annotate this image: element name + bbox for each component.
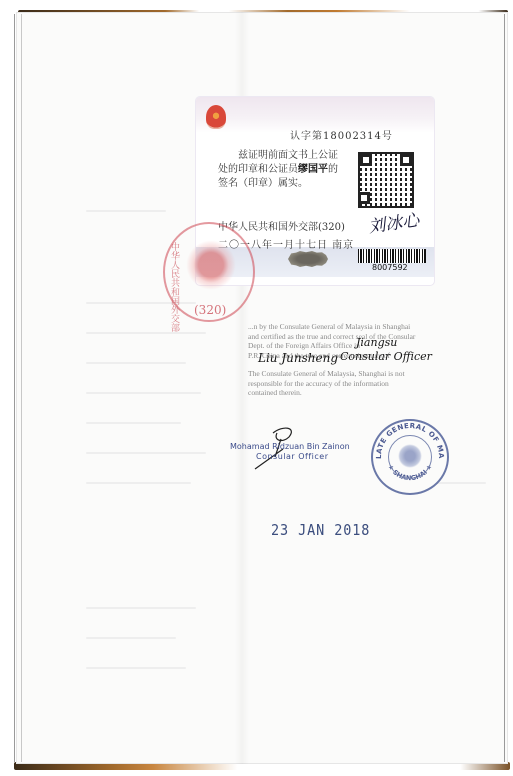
page-right-edge bbox=[504, 14, 505, 762]
national-emblem-icon bbox=[206, 105, 226, 129]
endorsement-line6: responsible for the accuracy of the info… bbox=[248, 379, 428, 389]
officer-title: Consular Officer bbox=[256, 452, 329, 461]
notary-name: 缪国平 bbox=[298, 164, 328, 175]
handwritten-signature: 刘冰心 bbox=[367, 206, 421, 238]
officer-name: Mohamad Ridzuan Bin Zainon bbox=[230, 442, 350, 451]
qr-code-finder bbox=[358, 192, 370, 204]
red-seal-text: 中华人民共和国外交部 bbox=[168, 242, 181, 332]
red-seal-number: (320) bbox=[194, 303, 226, 317]
malaysia-crest-icon bbox=[398, 444, 422, 468]
page-stack-edge bbox=[14, 14, 22, 762]
certificate-body-line2: 处的印章和公证员缪国平的 bbox=[218, 163, 358, 177]
certificate-body-line1: 兹证明前面文书上公证 bbox=[218, 149, 358, 163]
officer-signature-icon bbox=[253, 421, 303, 481]
date-stamp: 23 JAN 2018 bbox=[271, 521, 370, 539]
certificate-number: 认字第18002314号 bbox=[290, 127, 393, 142]
handwritten-title: Consular Officer bbox=[340, 350, 432, 363]
handwritten-place: Jiangsu bbox=[356, 336, 397, 349]
endorsement-line1: ...n by the Consulate General of Malaysi… bbox=[248, 322, 428, 332]
hologram-seal-icon bbox=[288, 251, 328, 267]
certificate-body-line3: 签名（印章）属实。 bbox=[218, 177, 358, 191]
endorsement-line5: The Consulate General of Malaysia, Shang… bbox=[248, 369, 428, 379]
barcode-number: 8007592 bbox=[372, 263, 408, 272]
body-line2-suffix: 的 bbox=[328, 164, 338, 175]
endorsement-line2: and certified as the true and correct se… bbox=[248, 332, 428, 342]
endorsement-line7: contained therein. bbox=[248, 388, 428, 398]
barcode-icon bbox=[358, 249, 426, 263]
handwritten-name: Liu Junsheng bbox=[258, 351, 338, 365]
certificate-body: 兹证明前面文书上公证 处的印章和公证员缪国平的 签名（印章）属实。 bbox=[218, 149, 358, 191]
red-seal-emblem-icon bbox=[186, 240, 236, 290]
ministry-name: 中华人民共和国外交部(320) bbox=[218, 218, 345, 233]
body-line2-prefix: 处的印章和公证员 bbox=[218, 164, 298, 175]
